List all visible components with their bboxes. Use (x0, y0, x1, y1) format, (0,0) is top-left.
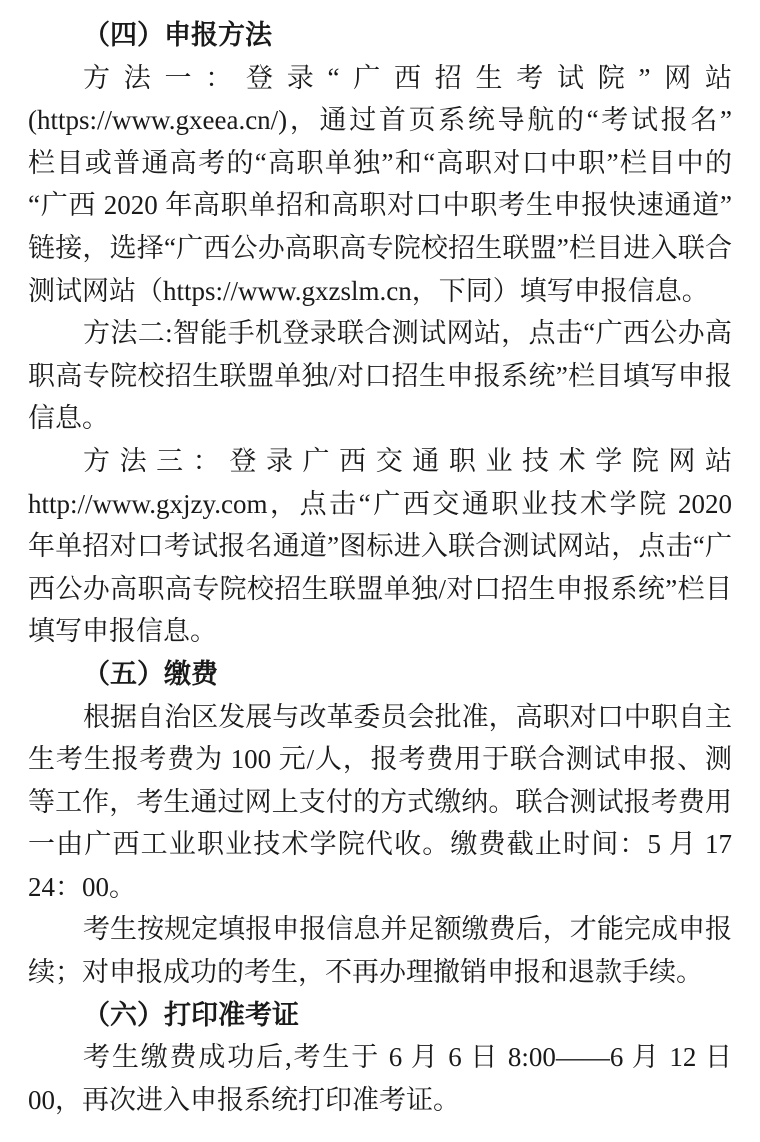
section-heading: （四）申报方法 (28, 14, 732, 57)
text-line: 根据自治区发展与改革委员会批准，高职对口中职自主招 (28, 696, 732, 739)
text-line: 一由广西工业职业技术学院代收。缴费截止时间：5 月 17 日 (28, 823, 732, 866)
text-line: 方法三：登录广西交通职业技术学院网站 (28, 440, 732, 483)
text-line: 等工作，考生通过网上支付的方式缴纳。联合测试报考费用统 (28, 781, 732, 824)
section-heading: （六）打印准考证 (28, 994, 732, 1037)
document-page: （四）申报方法方法一：登录“广西招生考试院”网站(https://www.gxe… (0, 0, 760, 1142)
text-line: 考生缴费成功后,考生于 6 月 6 日 8:00——6 月 12 日 24: (28, 1036, 732, 1079)
text-line: 信息。 (28, 397, 732, 440)
text-line: (https://www.gxeea.cn/)，通过首页系统导航的“考试报名” (28, 99, 732, 142)
text-line: 年单招对口考试报名通道”图标进入联合测试网站，点击“广 (28, 525, 732, 568)
text-line: 职高专院校招生联盟单独/对口招生申报系统”栏目填写申报 (28, 355, 732, 398)
text-line: 链接，选择“广西公办高职高专院校招生联盟”栏目进入联合 (28, 227, 732, 270)
text-line: 西公办高职高专院校招生联盟单独/对口招生申报系统”栏目 (28, 568, 732, 611)
section-heading: （五）缴费 (28, 653, 732, 696)
text-line: 续；对申报成功的考生，不再办理撤销申报和退款手续。 (28, 951, 732, 994)
text-line: 00，再次进入申报系统打印准考证。 (28, 1079, 732, 1122)
text-line: “广西 2020 年高职单招和高职对口中职考生申报快速通道” (28, 184, 732, 227)
text-line: 生考生报考费为 100 元/人，报考费用于联合测试申报、测试 (28, 738, 732, 781)
text-line: 方法二:智能手机登录联合测试网站，点击“广西公办高 (28, 312, 732, 355)
text-line: 填写申报信息。 (28, 610, 732, 653)
text-line: http://www.gxjzy.com，点击“广西交通职业技术学院 2020 (28, 483, 732, 526)
text-line: 栏目或普通高考的“高职单独”和“高职对口中职”栏目中的 (28, 142, 732, 185)
text-line: 24：00。 (28, 866, 732, 909)
text-line: 方法一：登录“广西招生考试院”网站 (28, 57, 732, 100)
text-line: 测试网站（https://www.gxzslm.cn，下同）填写申报信息。 (28, 270, 732, 313)
text-line: 考生按规定填报申报信息并足额缴费后，才能完成申报手 (28, 908, 732, 951)
document-text-block: （四）申报方法方法一：登录“广西招生考试院”网站(https://www.gxe… (28, 14, 732, 1121)
